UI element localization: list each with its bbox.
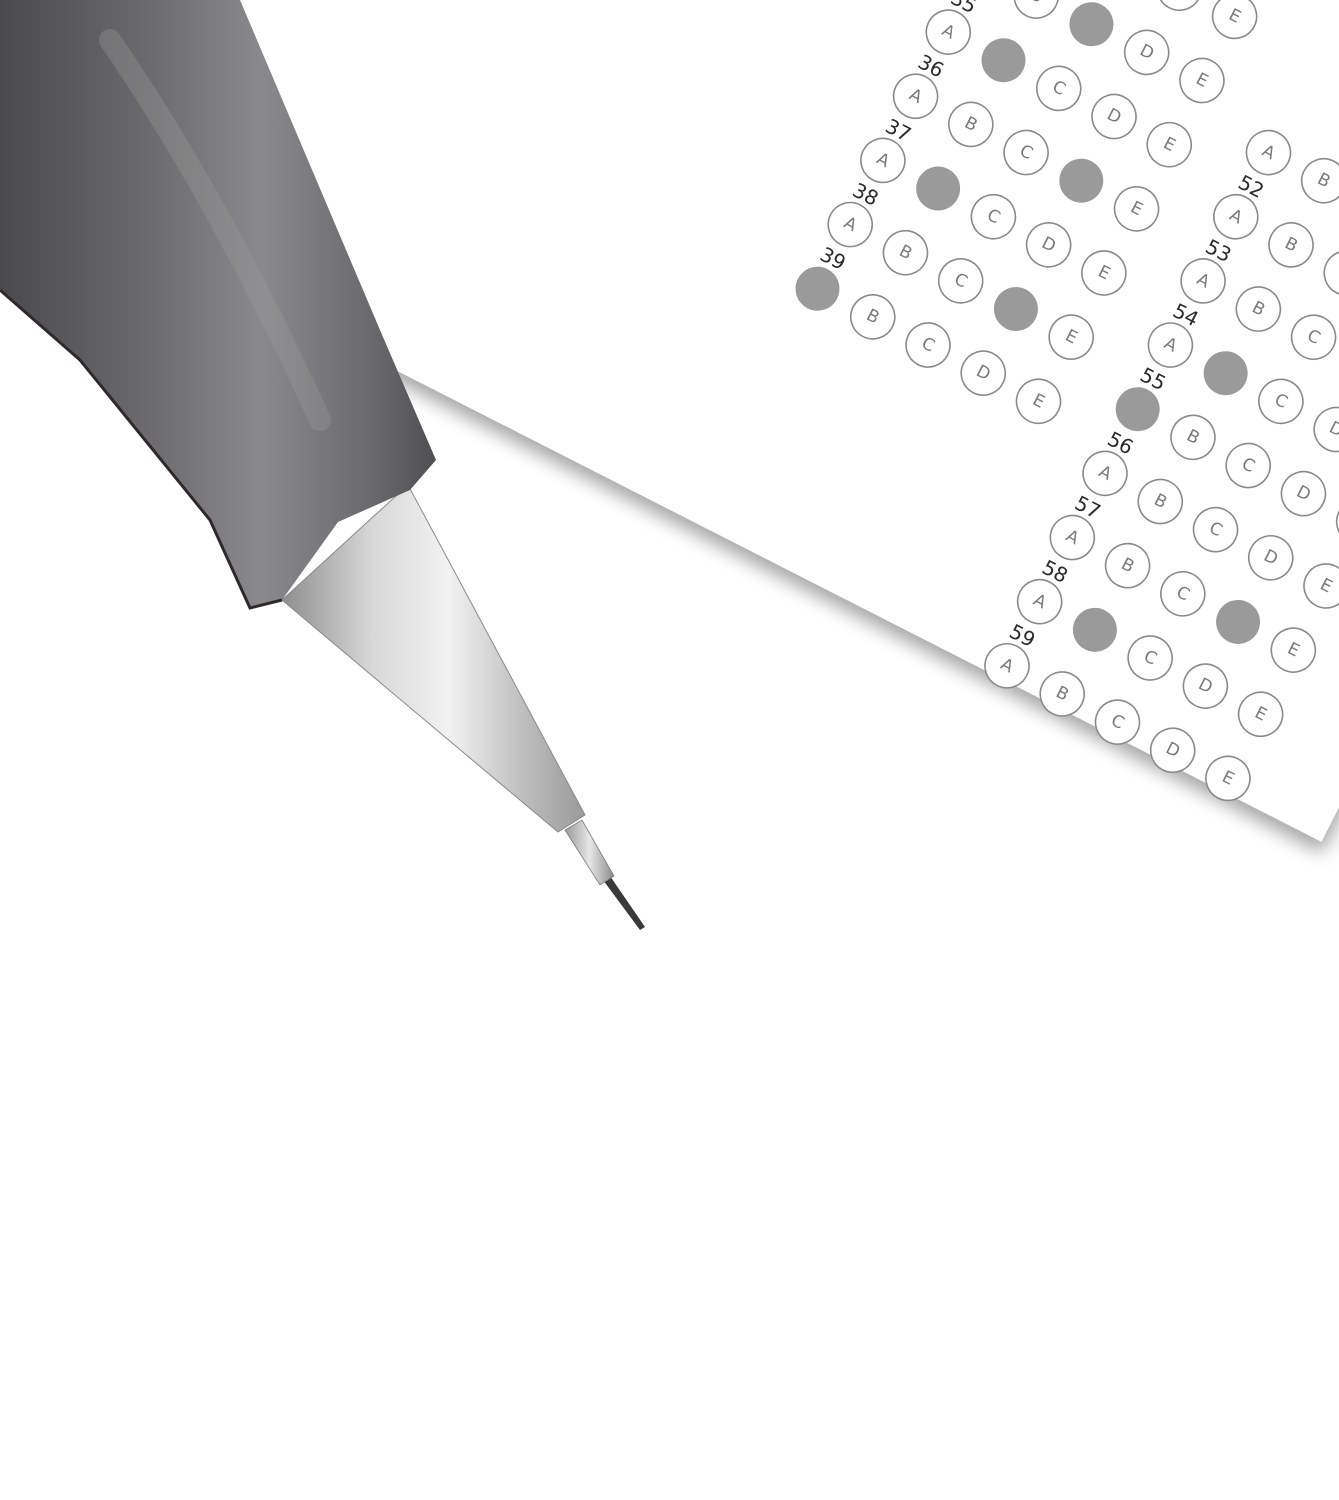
- pencil-sleeve: [565, 820, 614, 885]
- pencil-cone: [282, 485, 585, 832]
- photo-scene: ABDE14ABDEABCEBCDEBCDEABDE32ABCE33ACDEAB…: [0, 0, 1339, 1500]
- pencil-lead: [603, 876, 645, 930]
